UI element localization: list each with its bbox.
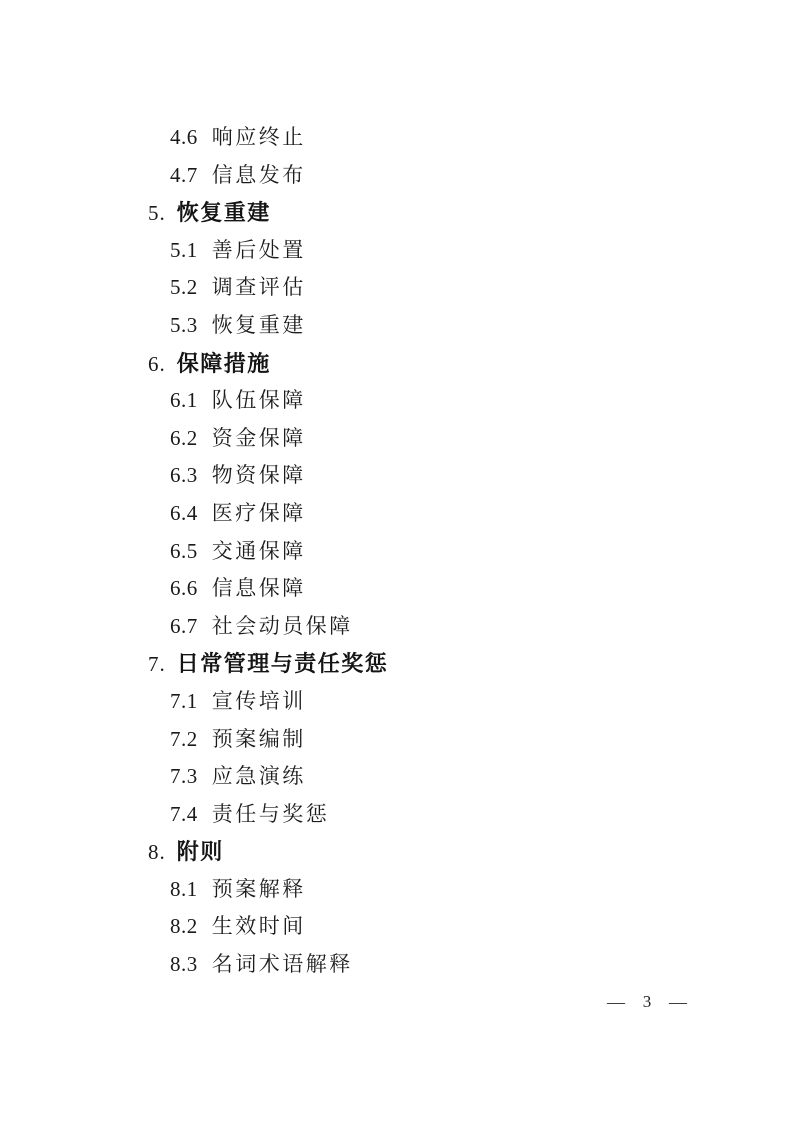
footer-right-dash: — bbox=[669, 990, 687, 1014]
toc-entry-title: 队伍保障 bbox=[212, 388, 306, 412]
toc-entry: 5.恢复重建 bbox=[148, 194, 708, 232]
toc-entry-title: 宣传培训 bbox=[212, 689, 306, 713]
toc-entry-number: 8. bbox=[148, 840, 166, 864]
document-page: 4.6响应终止 4.7信息发布 5.恢复重建 5.1善后处置 5.2调查评估 5… bbox=[0, 0, 793, 1122]
toc-entry: 7.2预案编制 bbox=[148, 721, 708, 759]
toc-entry-title: 社会动员保障 bbox=[212, 614, 353, 638]
toc-entry-title: 责任与奖惩 bbox=[212, 802, 330, 826]
toc-entry-number: 7.2 bbox=[170, 727, 198, 751]
toc-entry-number: 7. bbox=[148, 652, 166, 676]
toc-entry-title: 日常管理与责任奖惩 bbox=[177, 651, 389, 676]
toc-entry: 6.6信息保障 bbox=[148, 570, 708, 608]
toc-entry: 6.1队伍保障 bbox=[148, 382, 708, 420]
toc-entry-number: 6.3 bbox=[170, 463, 198, 487]
toc-entry-number: 4.6 bbox=[170, 125, 198, 149]
toc-entry: 7.1宣传培训 bbox=[148, 683, 708, 721]
toc-entry-title: 信息保障 bbox=[212, 576, 306, 600]
toc-entry-number: 6. bbox=[148, 352, 166, 376]
toc-entry-number: 8.1 bbox=[170, 877, 198, 901]
toc-entry: 7.日常管理与责任奖惩 bbox=[148, 645, 708, 683]
toc-entry-number: 8.3 bbox=[170, 952, 198, 976]
toc-entry: 6.5交通保障 bbox=[148, 533, 708, 571]
toc-entry: 8.1预案解释 bbox=[148, 871, 708, 909]
toc-entry-title: 恢复重建 bbox=[212, 313, 306, 337]
toc-entry-title: 物资保障 bbox=[212, 463, 306, 487]
toc-entry: 4.6响应终止 bbox=[148, 119, 708, 157]
toc-entry-title: 调查评估 bbox=[212, 275, 306, 299]
toc-entry: 7.4责任与奖惩 bbox=[148, 796, 708, 834]
toc-entry-number: 5.2 bbox=[170, 275, 198, 299]
toc-entry-number: 6.5 bbox=[170, 539, 198, 563]
toc-entry: 6.4医疗保障 bbox=[148, 495, 708, 533]
toc-entry-title: 名词术语解释 bbox=[212, 952, 353, 976]
toc-entry: 4.7信息发布 bbox=[148, 157, 708, 195]
toc-entry-number: 7.4 bbox=[170, 802, 198, 826]
toc-entry-title: 交通保障 bbox=[212, 539, 306, 563]
toc-entry-number: 6.1 bbox=[170, 388, 198, 412]
toc-entry-title: 医疗保障 bbox=[212, 501, 306, 525]
toc-entry-number: 6.7 bbox=[170, 614, 198, 638]
toc-entry-title: 应急演练 bbox=[212, 764, 306, 788]
toc-entry-title: 恢复重建 bbox=[177, 200, 271, 225]
toc-entry-title: 善后处置 bbox=[212, 238, 306, 262]
toc-entry: 5.1善后处置 bbox=[148, 232, 708, 270]
toc-entry-title: 生效时间 bbox=[212, 914, 306, 938]
toc-entry-title: 保障措施 bbox=[177, 351, 271, 376]
toc-entry-number: 5.3 bbox=[170, 313, 198, 337]
toc-entry: 6.3物资保障 bbox=[148, 457, 708, 495]
toc-entry-number: 8.2 bbox=[170, 914, 198, 938]
table-of-contents: 4.6响应终止 4.7信息发布 5.恢复重建 5.1善后处置 5.2调查评估 5… bbox=[148, 119, 708, 984]
toc-entry: 6.保障措施 bbox=[148, 345, 708, 383]
toc-entry: 5.2调查评估 bbox=[148, 269, 708, 307]
toc-entry-title: 预案编制 bbox=[212, 727, 306, 751]
toc-entry: 8.2生效时间 bbox=[148, 908, 708, 946]
toc-entry: 6.2资金保障 bbox=[148, 420, 708, 458]
toc-entry-number: 5.1 bbox=[170, 238, 198, 262]
toc-entry-number: 7.1 bbox=[170, 689, 198, 713]
toc-entry-title: 预案解释 bbox=[212, 877, 306, 901]
toc-entry: 8.3名词术语解释 bbox=[148, 946, 708, 984]
toc-entry-number: 6.2 bbox=[170, 426, 198, 450]
toc-entry-title: 资金保障 bbox=[212, 426, 306, 450]
toc-entry-number: 4.7 bbox=[170, 163, 198, 187]
footer-left-dash: — bbox=[607, 990, 625, 1014]
footer-page-number: 3 bbox=[643, 990, 652, 1014]
toc-entry-title: 附则 bbox=[177, 839, 224, 864]
toc-entry-number: 7.3 bbox=[170, 764, 198, 788]
toc-entry-number: 6.6 bbox=[170, 576, 198, 600]
toc-entry-title: 响应终止 bbox=[212, 125, 306, 149]
toc-entry: 7.3应急演练 bbox=[148, 758, 708, 796]
toc-entry-number: 5. bbox=[148, 201, 166, 225]
toc-entry: 6.7社会动员保障 bbox=[148, 608, 708, 646]
toc-entry: 5.3恢复重建 bbox=[148, 307, 708, 345]
toc-entry-title: 信息发布 bbox=[212, 163, 306, 187]
toc-entry-number: 6.4 bbox=[170, 501, 198, 525]
page-footer: — 3 — bbox=[607, 990, 687, 1014]
toc-entry: 8.附则 bbox=[148, 833, 708, 871]
